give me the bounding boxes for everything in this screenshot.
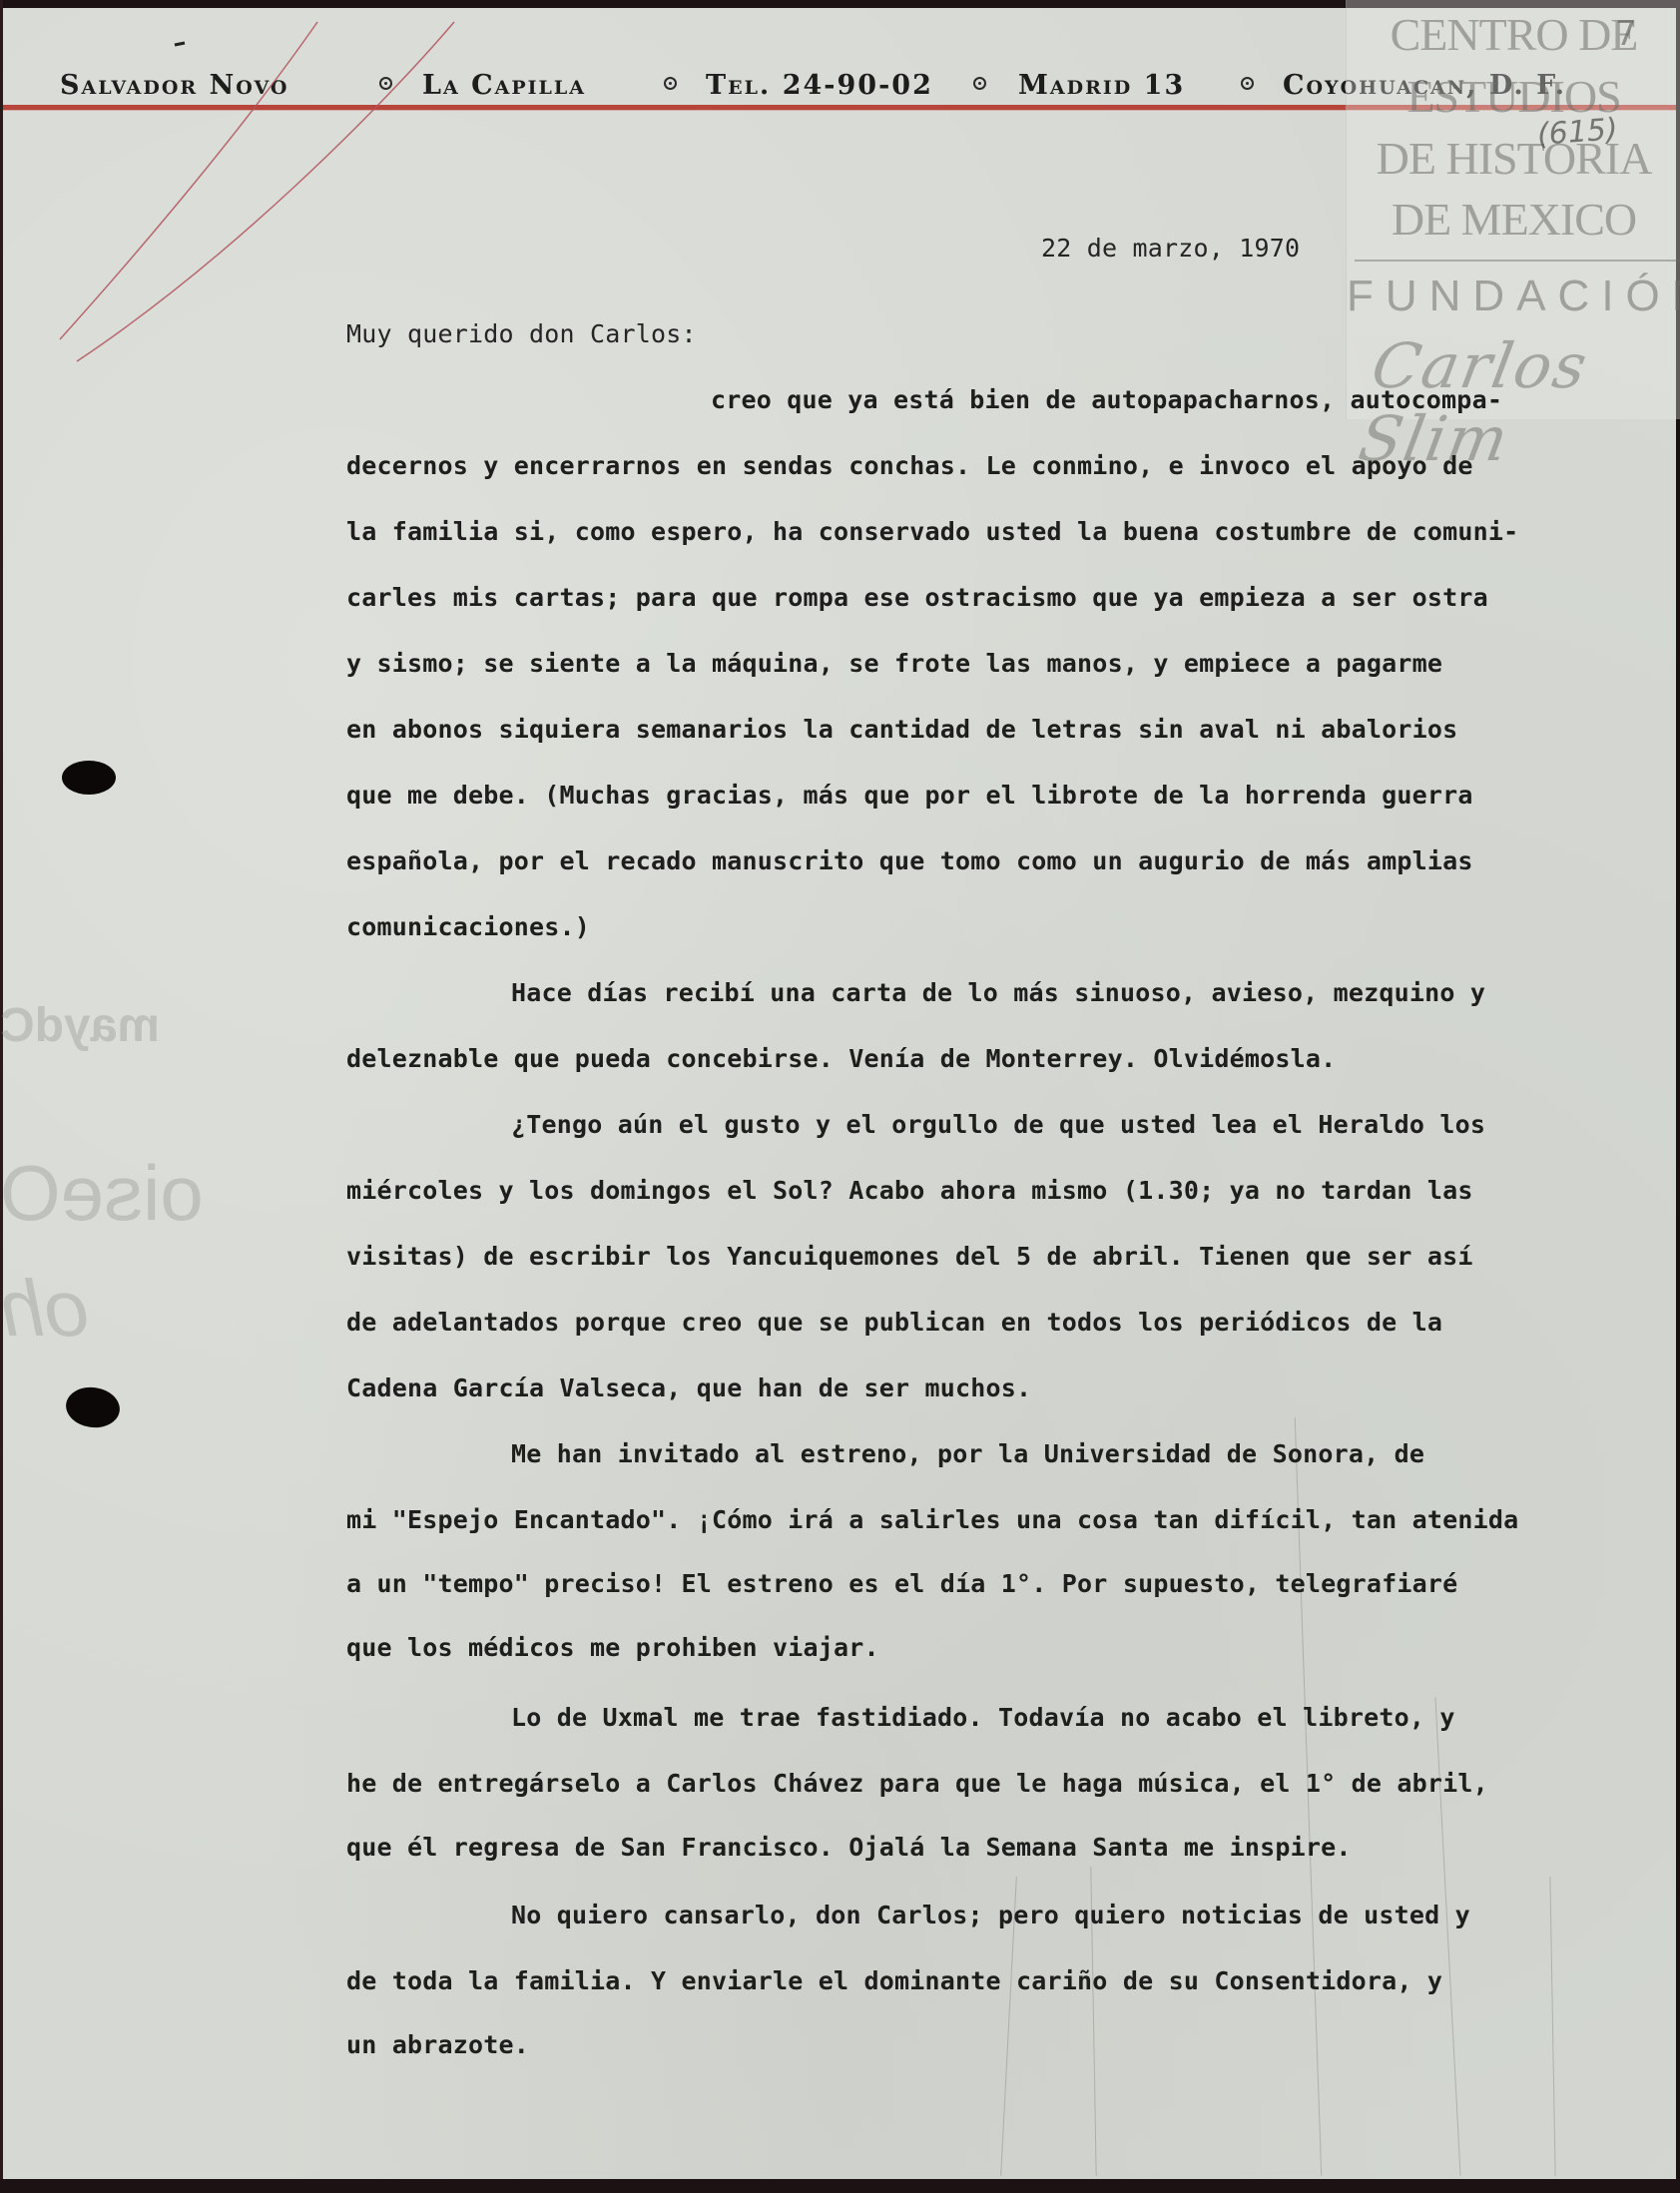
letter-line: que los médicos me prohiben viajar.	[346, 1633, 879, 1662]
letter-line: que él regresa de San Francisco. Ojalá l…	[346, 1833, 1352, 1862]
letterhead-place: La Capilla	[422, 70, 586, 101]
letter-line: he de entregárselo a Carlos Chávez para …	[346, 1769, 1488, 1798]
letter-line: mi "Espejo Encantado". ¡Cómo irá a salir…	[346, 1505, 1518, 1534]
letterhead-name: Salvador Novo	[60, 70, 288, 101]
bullet-icon	[1241, 77, 1254, 90]
letter-line: deleznable que pueda concebirse. Venía d…	[346, 1044, 1336, 1073]
bullet-icon	[973, 77, 986, 90]
letter-line: en abonos siquiera semanarios la cantida…	[346, 715, 1457, 744]
folio-number: (615)	[1536, 112, 1619, 153]
letterhead: Salvador Novo La Capilla Tel. 24-90-02 M…	[60, 70, 1637, 104]
letter-line: y sismo; se siente a la máquina, se frot…	[346, 649, 1442, 678]
letter-line: un abrazote.	[346, 2030, 529, 2059]
bullet-icon	[664, 77, 677, 90]
letter-line: carles mis cartas; para que rompa ese os…	[346, 583, 1488, 612]
letter-line: Me han invitado al estreno, por la Unive…	[511, 1439, 1424, 1468]
letter-line: que me debe. (Muchas gracias, más que po…	[346, 781, 1473, 810]
letter-line: Hace días recibí una carta de lo más sin…	[511, 978, 1485, 1007]
letter-line: No quiero cansarlo, don Carlos; pero qui…	[511, 1901, 1470, 1929]
letter-line: comunicaciones.)	[346, 912, 590, 941]
scan-border-bottom	[0, 2179, 1680, 2193]
letter-line: de toda la familia. Y enviarle el domina…	[346, 1966, 1442, 1995]
letter-line: Lo de Uxmal me trae fastidiado. Todavía …	[511, 1703, 1455, 1732]
show-through-text: oh	[0, 1263, 89, 1355]
bullet-icon	[379, 77, 392, 90]
letter-line: a un "tempo" preciso! El estreno es el d…	[346, 1569, 1457, 1598]
letter-line: decernos y encerrarnos en sendas conchas…	[346, 451, 1473, 480]
letterhead-rule	[3, 105, 1676, 110]
letter-line: española, por el recado manuscrito que t…	[346, 846, 1473, 875]
letter-line: la familia si, como espero, ha conservad…	[346, 517, 1518, 546]
show-through-text: oiseO	[0, 1148, 204, 1239]
letter-line: de adelantados porque creo que se public…	[346, 1308, 1442, 1337]
letter-line: visitas) de escribir los Yancuiquemones …	[346, 1242, 1473, 1271]
letter-line: ¿Tengo aún el gusto y el orgullo de que …	[511, 1110, 1485, 1139]
show-through-text: maydC	[0, 998, 160, 1053]
folio-mark: 7	[1615, 14, 1637, 54]
letter-line: creo que ya está bien de autopapacharnos…	[711, 385, 1502, 414]
scan-border-top	[0, 0, 1680, 8]
letter-line: miércoles y los domingos el Sol? Acabo a…	[346, 1176, 1473, 1205]
letter-salutation: Muy querido don Carlos:	[346, 319, 697, 348]
punch-hole	[62, 761, 116, 795]
letter-line: Cadena García Valseca, que han de ser mu…	[346, 1373, 1031, 1402]
letterhead-street: Madrid 13	[1018, 70, 1185, 101]
letterhead-city: Coyohuacan, D. F.	[1283, 70, 1566, 101]
letterhead-phone: Tel. 24-90-02	[706, 70, 933, 101]
letter-date: 22 de marzo, 1970	[1041, 234, 1300, 263]
